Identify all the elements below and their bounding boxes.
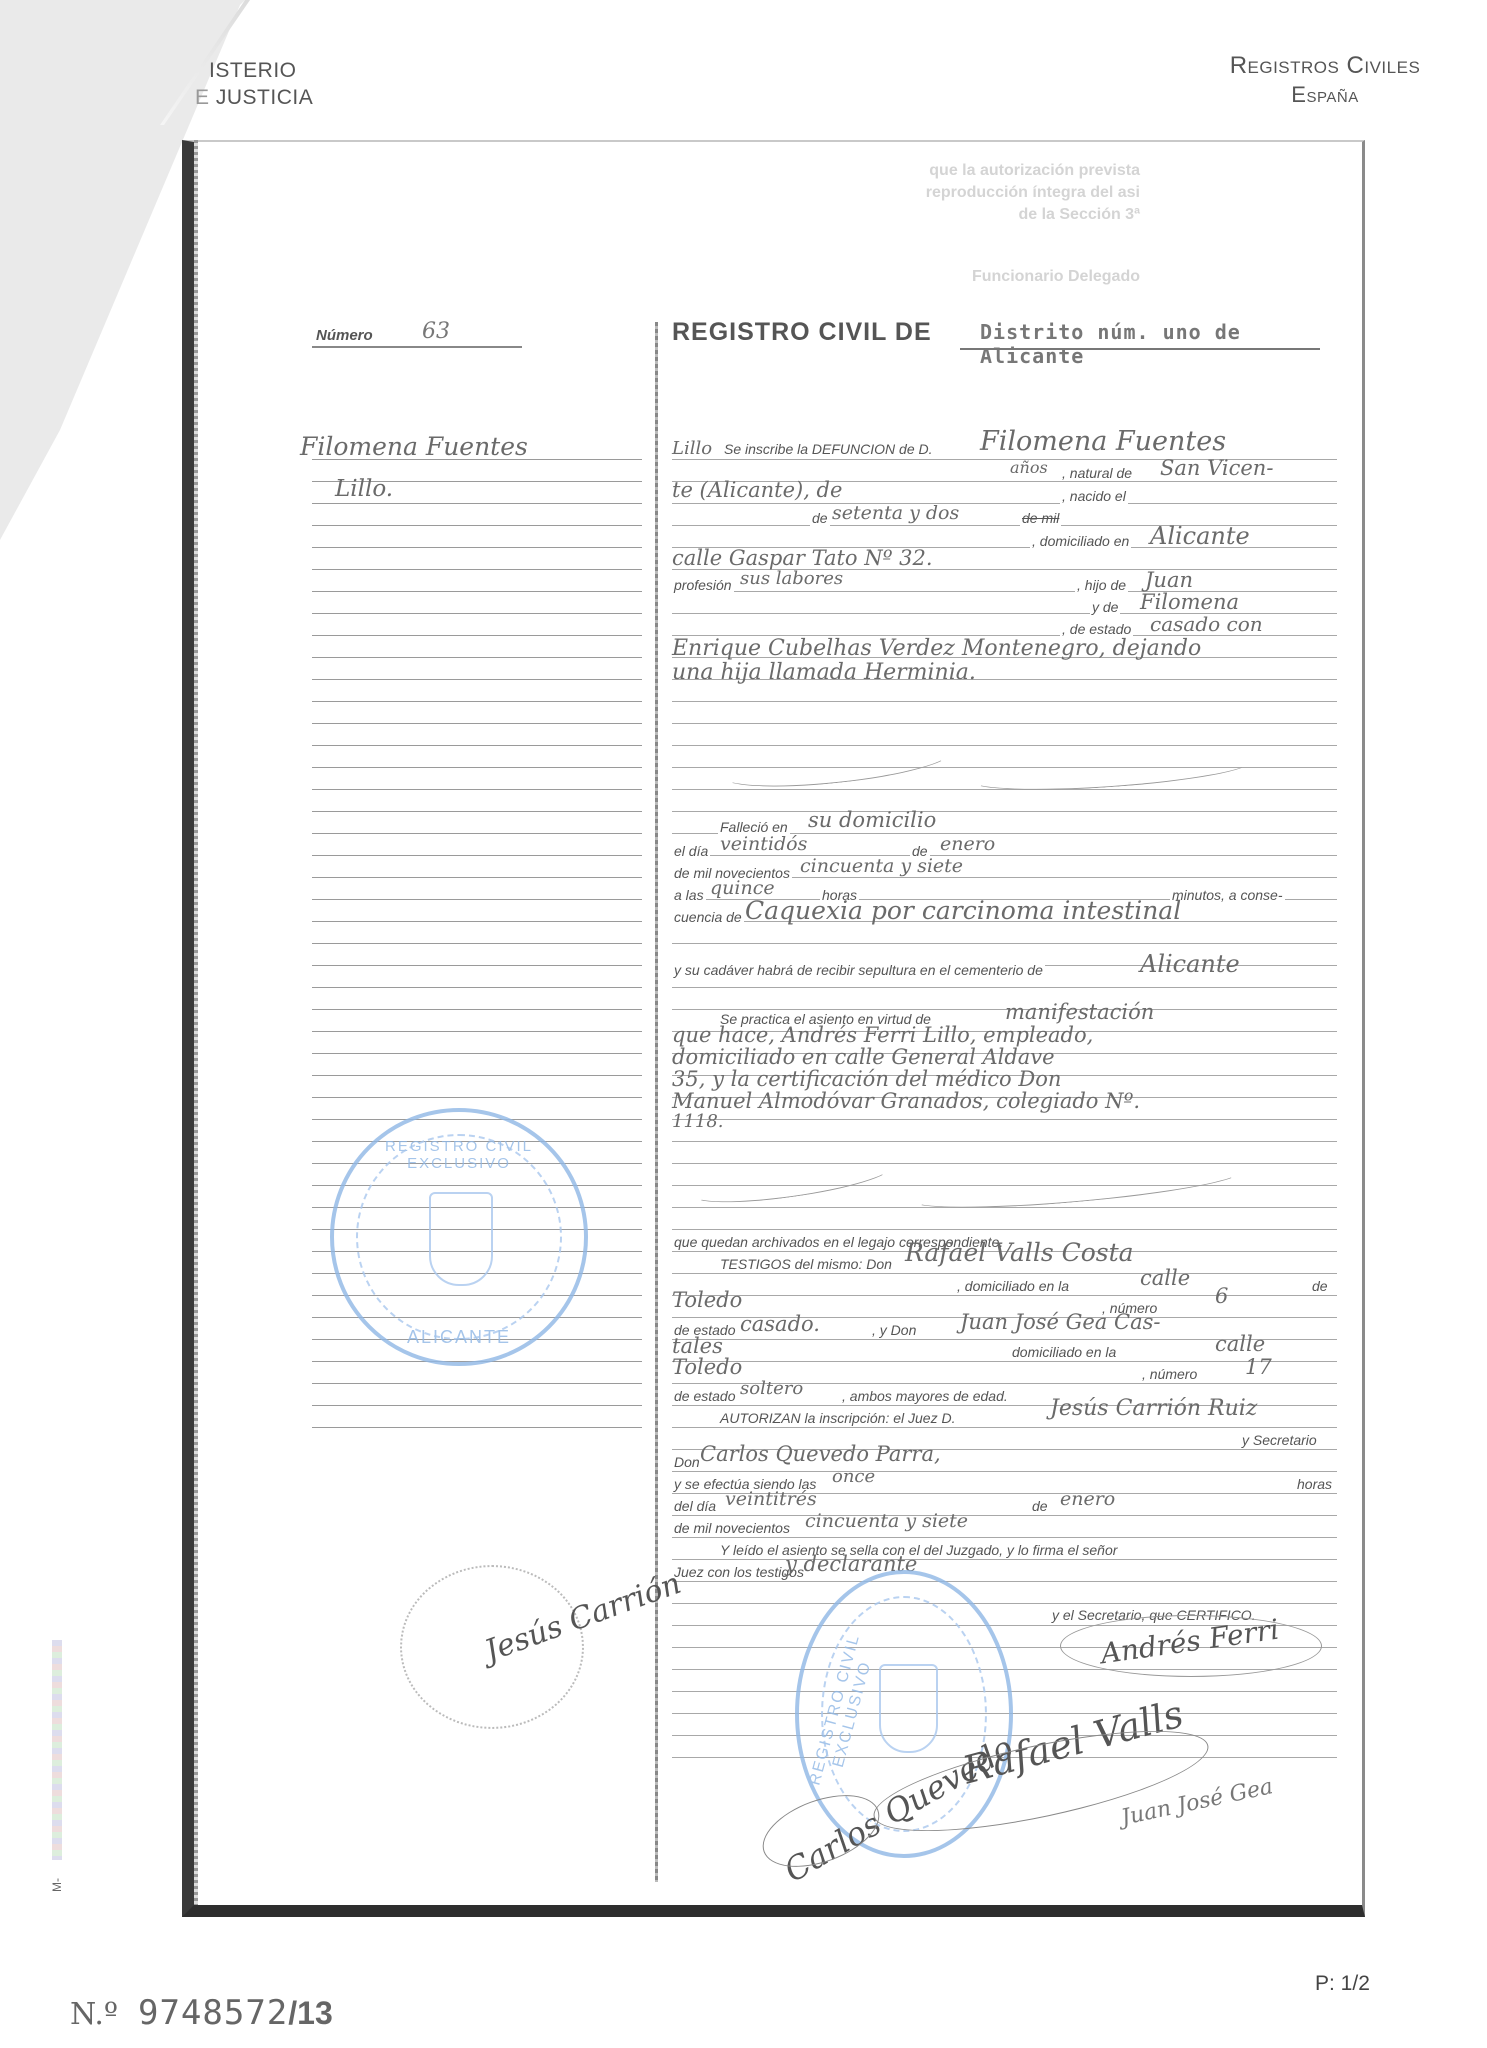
label-y-de: y de	[1090, 599, 1120, 615]
witness1-number: 6	[1215, 1284, 1228, 1308]
label-estado-2: de estado	[672, 1388, 738, 1404]
label-del-dia: del día	[672, 1498, 718, 1514]
efectua-hora: once	[832, 1466, 875, 1487]
deceased-name: Filomena Fuentes	[980, 426, 1226, 457]
label-testigos: TESTIGOS del mismo: Don	[718, 1256, 894, 1272]
witness1-name: Rafael Valls Costa	[905, 1238, 1134, 1267]
witness1-estado: casado.	[740, 1312, 820, 1336]
stamp-text-top: REGISTRO CIVIL EXCLUSIVO	[334, 1138, 584, 1172]
ministry-logo-text: ISTERIO E JUSTICIA	[195, 57, 313, 111]
registry-title: REGISTRO CIVIL DE	[672, 318, 932, 347]
year-value: cincuenta y siete	[800, 855, 963, 877]
label-year-2: de mil novecientos	[672, 1520, 792, 1536]
label-secretario: y Secretario	[1240, 1432, 1319, 1448]
record-number-label: Número	[314, 327, 375, 344]
efectua-year: cincuenta y siete	[805, 1510, 968, 1532]
label-numero-2: , número	[1140, 1366, 1199, 1382]
deceased-name-cont: Lillo	[672, 438, 712, 459]
cause-value: Caquexia por carcinoma intestinal	[745, 896, 1181, 925]
label-a-las: a las	[672, 887, 706, 903]
bleedthrough-line: reproducción íntegra del asi	[700, 182, 1140, 204]
mes-value: enero	[940, 833, 995, 855]
natural-value-cont: te (Alicante), de	[672, 478, 842, 502]
registry-line-1: Registros Civiles	[1200, 52, 1450, 80]
bleedthrough-line: que la autorización prevista	[700, 160, 1140, 182]
coat-of-arms-icon	[879, 1664, 938, 1753]
estado-value: casado con	[1150, 612, 1263, 636]
label-estado: , de estado	[1060, 621, 1133, 637]
bleedthrough-line: de la Sección 3ª	[700, 204, 1140, 226]
age-value: setenta y dos	[832, 502, 959, 524]
witness2-number: 17	[1245, 1355, 1272, 1379]
margin-name-line-2: Lillo.	[335, 476, 393, 502]
age-word: años	[1010, 458, 1048, 477]
frame-inner-border	[194, 140, 198, 1905]
label-nacido: , nacido el	[1060, 488, 1128, 504]
witness2-estado: soltero	[740, 1378, 803, 1399]
label-dia: el día	[672, 843, 710, 859]
record-number-value: 63	[422, 319, 450, 344]
document-serial-number: N.º9748572/13	[70, 1993, 333, 2033]
label-domiciliado-2: domiciliado en la	[1010, 1344, 1118, 1360]
ministry-line-1: ISTERIO	[195, 57, 313, 84]
serial-prefix: N.º	[70, 1997, 118, 2032]
dia-value: veintidós	[720, 833, 807, 855]
efectua-dia: veintitrés	[725, 1488, 817, 1510]
serial-suffix: /13	[288, 1995, 332, 2031]
label-consecuencia: cuencia de	[672, 909, 744, 925]
children-line: una hija llamada Herminia.	[672, 660, 976, 685]
label-natural: , natural de	[1060, 465, 1134, 481]
practica-line-2: que hace, Andrés Ferri Lillo, empleado,	[672, 1023, 1093, 1047]
ministry-line-2: E JUSTICIA	[195, 84, 313, 111]
practica-line-3: domiciliado en calle General Aldave	[672, 1045, 1055, 1069]
label-leido: Y leído el asiento se sella con el del J…	[718, 1542, 1119, 1558]
practica-line-4: 35, y la certificación del médico Don	[672, 1067, 1061, 1091]
label-autorizan: AUTORIZAN la inscripción: el Juez D.	[718, 1410, 957, 1426]
secretary-name: Carlos Quevedo Parra,	[700, 1442, 941, 1466]
registros-civiles-logo-text: Registros Civiles España	[1200, 52, 1450, 108]
label-horas-2: horas	[1295, 1476, 1334, 1492]
serial-number: 9748572	[138, 1993, 288, 2033]
bleedthrough-line: Funcionario Delegado	[700, 266, 1140, 288]
practica-line-6: 1118.	[672, 1111, 724, 1132]
natural-value: San Vicen-	[1160, 456, 1273, 480]
efectua-mes: enero	[1060, 1488, 1115, 1510]
label-hijo: , hijo de	[1075, 577, 1128, 593]
fallecio-value: su domicilio	[808, 808, 936, 832]
page-indicator: P: 1/2	[1315, 1972, 1370, 1996]
label-domicilio: , domiciliado en	[1030, 533, 1131, 549]
signature-flourish	[1060, 1615, 1322, 1677]
registry-place: Distrito núm. uno de Alicante	[960, 320, 1320, 350]
label-de-mes-2: de	[1030, 1498, 1050, 1514]
registry-line-2: España	[1200, 82, 1450, 108]
witness1-street-type: calle	[1140, 1266, 1190, 1290]
label-mayores: , ambos mayores de edad.	[840, 1388, 1010, 1404]
record-number: Número 63	[312, 318, 522, 348]
witness1-street: Toledo	[672, 1288, 742, 1312]
label-don: Don	[672, 1454, 702, 1470]
stamp-text-bottom: ALICANTE	[334, 1327, 584, 1348]
column-divider	[655, 322, 658, 1882]
practica-line-5: Manuel Almodóvar Granados, colegiado Nº.	[672, 1089, 1140, 1113]
label-sepultura: y su cadáver habrá de recibir sepultura …	[672, 962, 1045, 978]
label-inscribe: Se inscribe la DEFUNCION de D.	[722, 441, 935, 457]
label-profesion: profesión	[672, 577, 734, 593]
bleedthrough-text: que la autorización prevista reproducció…	[700, 160, 1140, 288]
spouse-line: Enrique Cubelhas Verdez Montenegro, deja…	[672, 636, 1201, 661]
margin-name-line-1: Filomena Fuentes	[300, 432, 528, 461]
label-minutos: minutos, a conse-	[1170, 887, 1285, 903]
label-domiciliado: , domiciliado en la	[955, 1278, 1071, 1294]
practica-line-1: manifestación	[1005, 1000, 1154, 1024]
father-value: Juan	[1145, 568, 1193, 592]
witness2-name: Juan José Gea Cas-	[960, 1310, 1160, 1334]
registry-stamp-margin: REGISTRO CIVIL EXCLUSIVO ALICANTE	[330, 1108, 588, 1366]
judge-name: Jesús Carrión Ruiz	[1050, 1396, 1257, 1421]
scan-color-strip	[52, 1640, 62, 1860]
domicilio-value: Alicante	[1150, 522, 1250, 550]
witness2-street-type: calle	[1215, 1332, 1265, 1356]
label-y-don: , y Don	[870, 1322, 918, 1338]
side-mark: M-	[50, 1878, 64, 1892]
label-de-mil: de mil	[1020, 510, 1061, 526]
witness2-street: Toledo	[672, 1355, 742, 1379]
cementerio-value: Alicante	[1140, 950, 1240, 978]
mother-value: Filomena	[1140, 590, 1239, 614]
address-value: calle Gaspar Tato Nº 32.	[672, 546, 933, 570]
label-de-street: de	[1310, 1278, 1330, 1294]
coat-of-arms-icon	[429, 1192, 493, 1286]
label-age-prefix: de	[810, 510, 830, 526]
profesion-value: sus labores	[740, 568, 843, 589]
